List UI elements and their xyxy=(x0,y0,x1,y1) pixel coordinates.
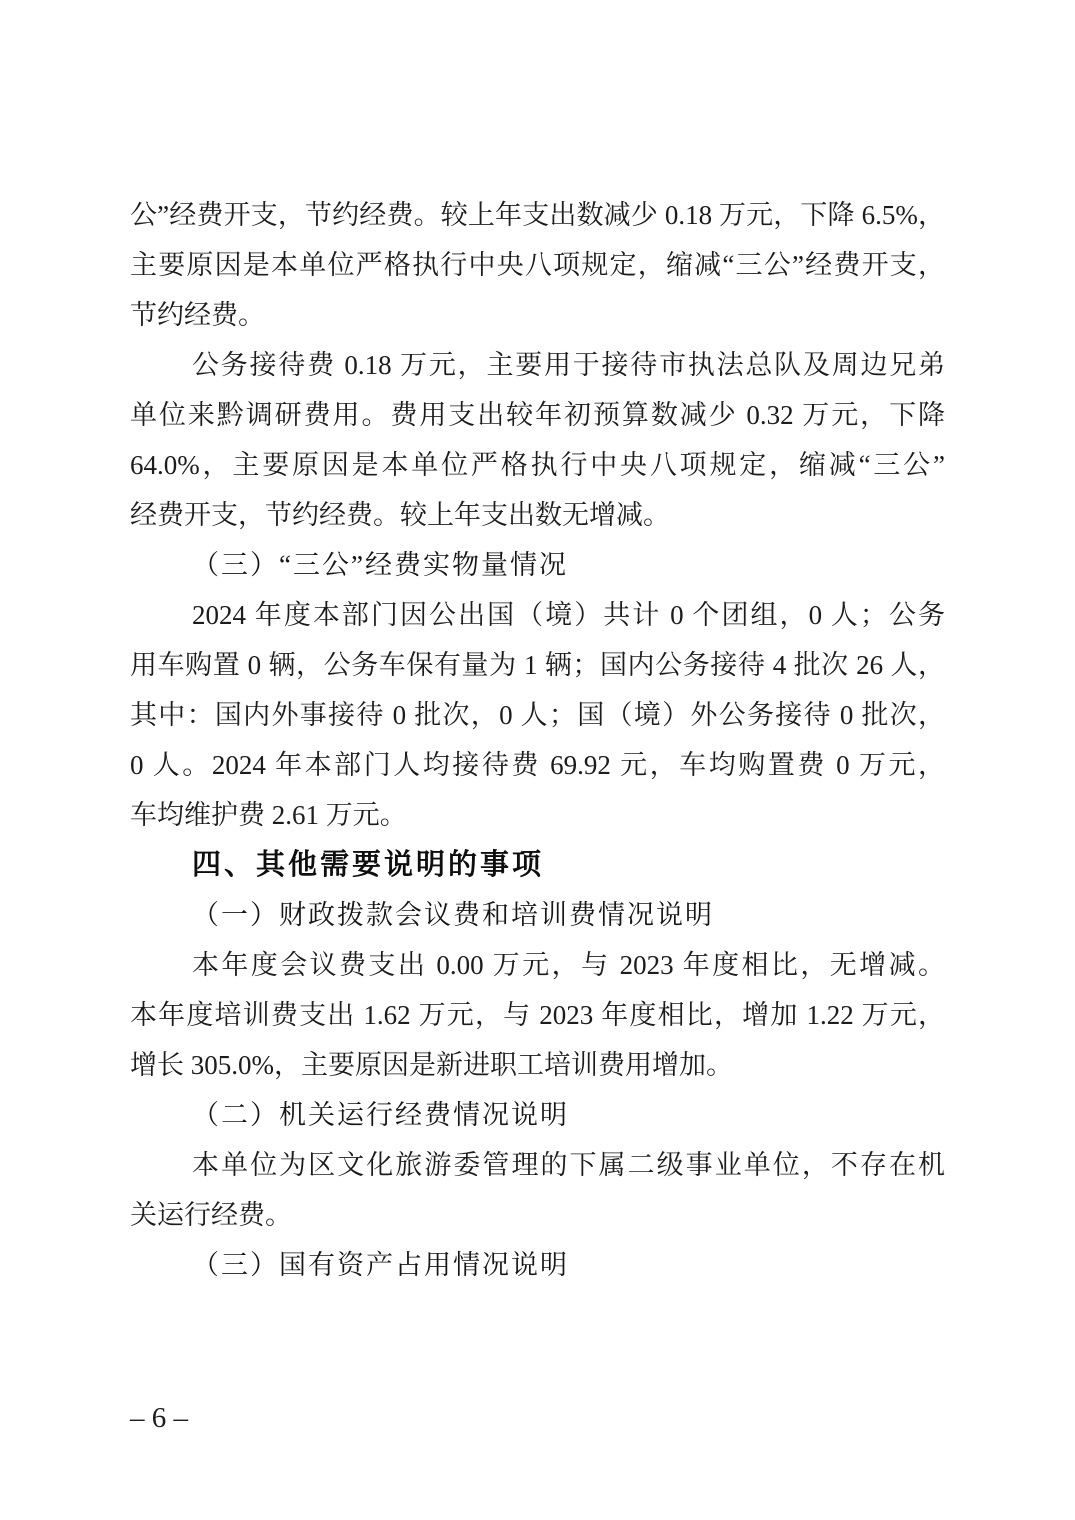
body-line: 2024 年度本部门因公出国（境）共计 0 个团组，0 人；公务 xyxy=(130,590,945,640)
subsection-heading-sangong-physical: （三）“三公”经费实物量情况 xyxy=(130,540,945,590)
body-line: 本年度培训费支出 1.62 万元，与 2023 年度相比，增加 1.22 万元， xyxy=(130,990,945,1040)
subsection-heading-operating-funds: （二）机关运行经费情况说明 xyxy=(130,1090,945,1140)
body-line: 公”经费开支，节约经费。较上年支出数减少 0.18 万元，下降 6.5%， xyxy=(130,190,945,240)
body-line: 关运行经费。 xyxy=(130,1190,945,1240)
text-content: 公”经费开支，节约经费。较上年支出数减少 0.18 万元，下降 6.5%， 主要… xyxy=(130,190,945,1290)
subsection-heading-meeting-training: （一）财政拨款会议费和培训费情况说明 xyxy=(130,890,945,940)
body-line: 本年度会议费支出 0.00 万元，与 2023 年度相比，无增减。 xyxy=(130,940,945,990)
body-line: 经费开支，节约经费。较上年支出数无增减。 xyxy=(130,490,945,540)
body-line: 公务接待费 0.18 万元，主要用于接待市执法总队及周边兄弟 xyxy=(130,340,945,390)
body-line: 单位来黔调研费用。费用支出较年初预算数减少 0.32 万元，下降 xyxy=(130,390,945,440)
section-heading-other-items: 四、其他需要说明的事项 xyxy=(130,840,945,890)
body-line: 用车购置 0 辆，公务车保有量为 1 辆；国内公务接待 4 批次 26 人， xyxy=(130,640,945,690)
body-line: 车均维护费 2.61 万元。 xyxy=(130,790,945,840)
body-line: 主要原因是本单位严格执行中央八项规定，缩减“三公”经费开支， xyxy=(130,240,945,290)
body-line: 增长 305.0%，主要原因是新进职工培训费用增加。 xyxy=(130,1040,945,1090)
body-line: 节约经费。 xyxy=(130,290,945,340)
body-line: 0 人。2024 年本部门人均接待费 69.92 元，车均购置费 0 万元， xyxy=(130,740,945,790)
body-line: 其中：国内外事接待 0 批次，0 人；国（境）外公务接待 0 批次， xyxy=(130,690,945,740)
body-line: 本单位为区文化旅游委管理的下属二级事业单位，不存在机 xyxy=(130,1140,945,1190)
document-page: 公”经费开支，节约经费。较上年支出数减少 0.18 万元，下降 6.5%， 主要… xyxy=(0,0,1075,1520)
body-line: 64.0%，主要原因是本单位严格执行中央八项规定，缩减“三公” xyxy=(130,440,945,490)
subsection-heading-state-assets: （三）国有资产占用情况说明 xyxy=(130,1240,945,1290)
page-number: – 6 – xyxy=(130,1398,188,1438)
